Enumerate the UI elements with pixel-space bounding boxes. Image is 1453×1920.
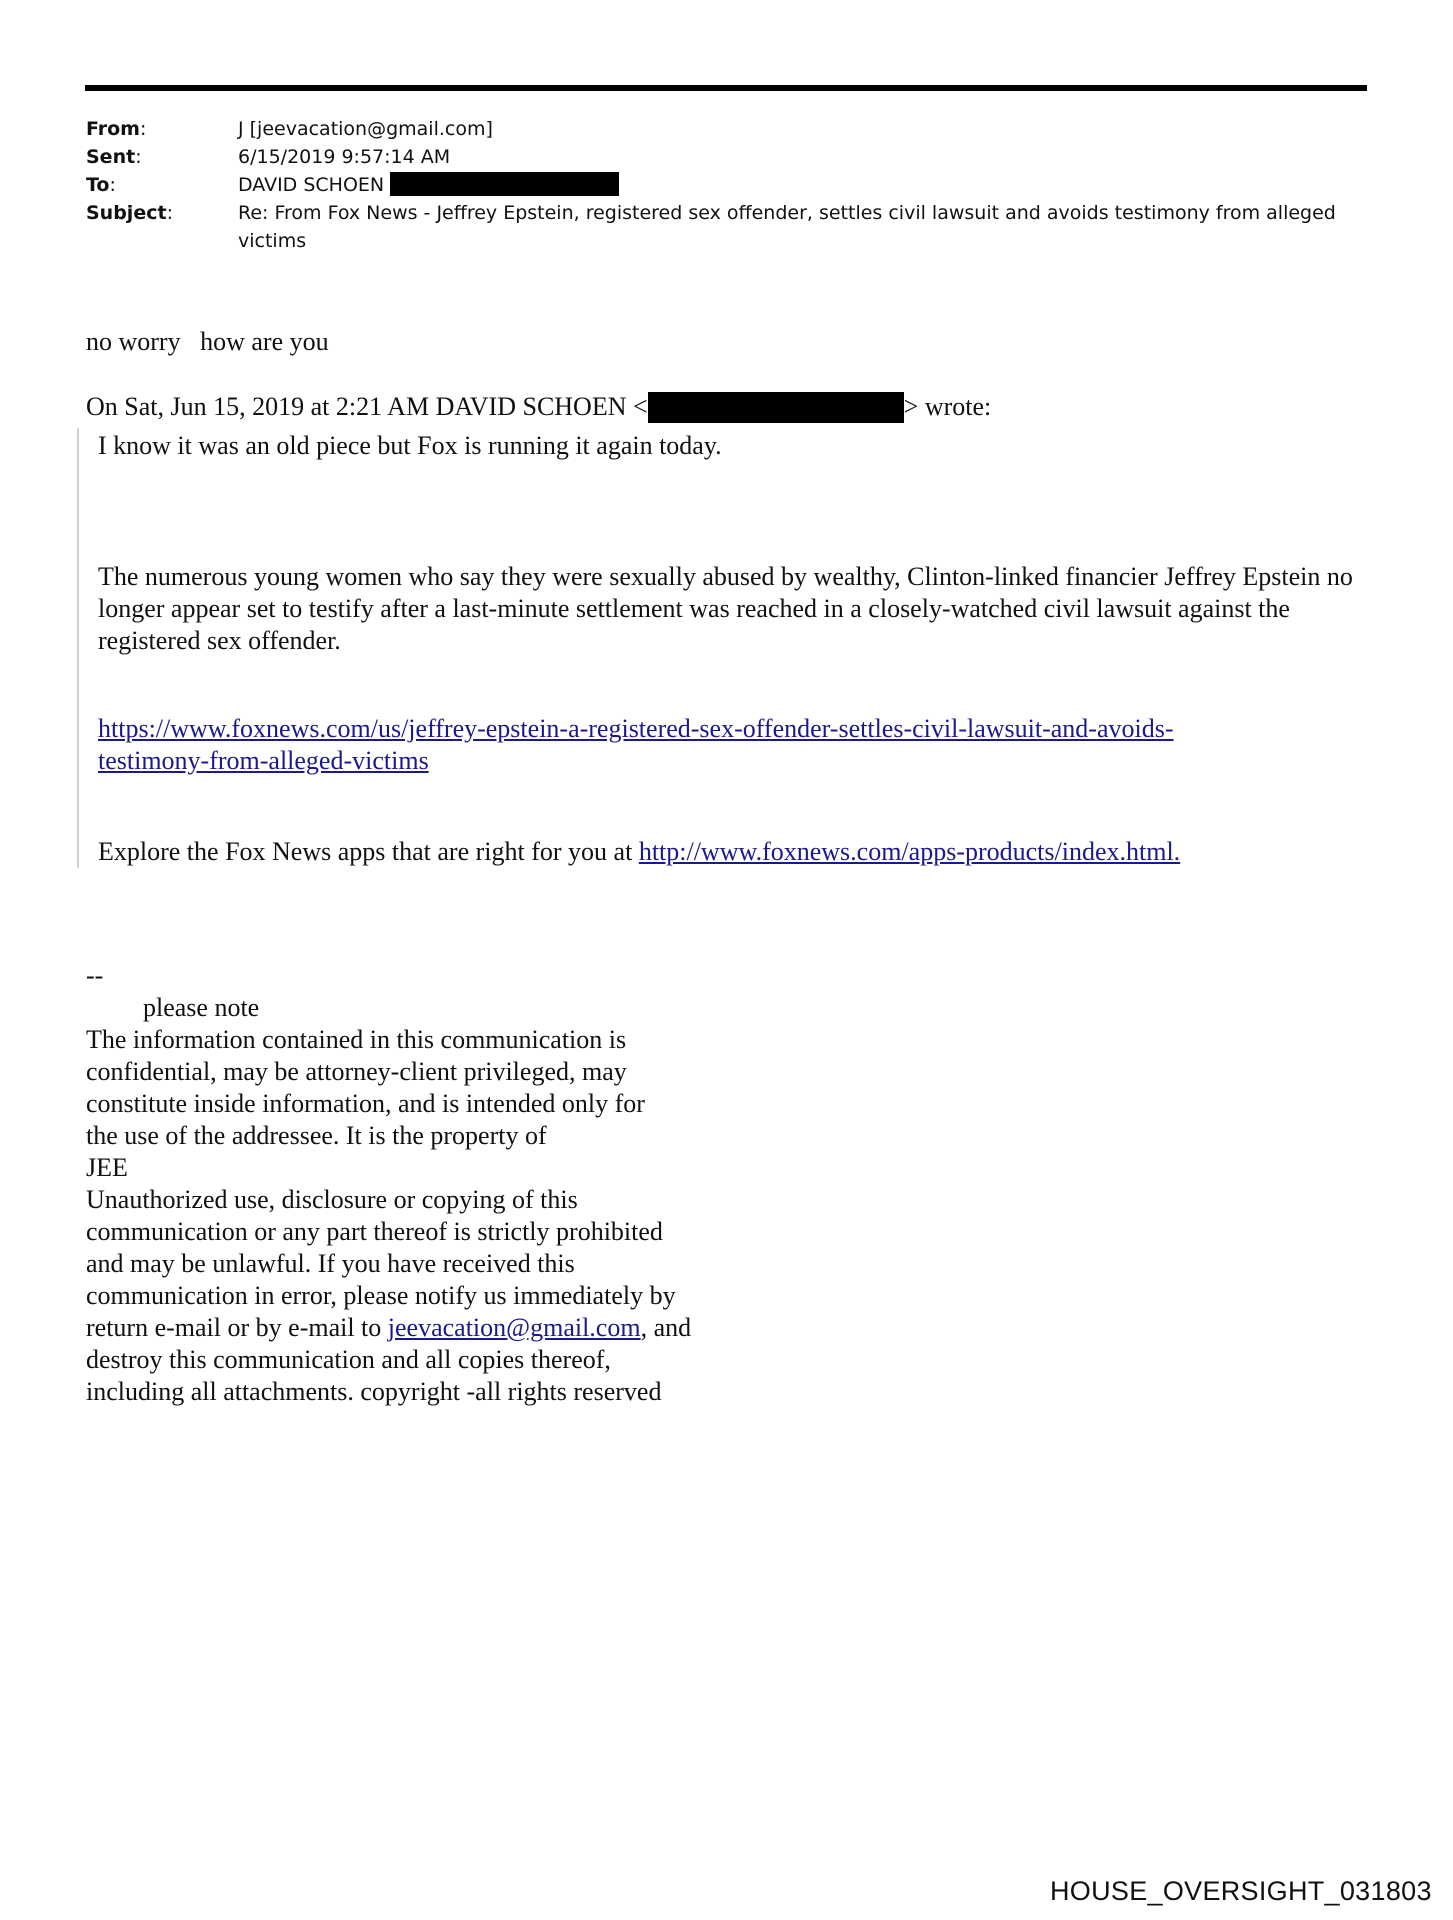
attribution-suffix: > wrote: <box>904 392 992 421</box>
disclaimer-line: JEE <box>86 1152 806 1184</box>
sent-label: Sent <box>86 146 135 168</box>
apps-line: Explore the Fox News apps that are right… <box>98 836 1368 868</box>
subject-label: Subject <box>86 202 167 224</box>
disclaimer-line: The information contained in this commun… <box>86 1024 806 1056</box>
header-sent-row: Sent: 6/15/2019 9:57:14 AM <box>86 143 1358 171</box>
disclaimer-line: Unauthorized use, disclosure or copying … <box>86 1184 806 1216</box>
header-subject-row: Subject: Re: From Fox News - Jeffrey Eps… <box>86 199 1358 255</box>
to-label: To <box>86 174 110 196</box>
disclaimer-line: the use of the addressee. It is the prop… <box>86 1120 806 1152</box>
from-value: J [jeevacation@gmail.com] <box>238 115 1358 143</box>
apps-link[interactable]: http://www.foxnews.com/apps-products/ind… <box>639 837 1180 866</box>
disclaimer-line: including all attachments. copyright -al… <box>86 1376 806 1408</box>
attribution-prefix: On Sat, Jun 15, 2019 at 2:21 AM DAVID SC… <box>86 392 648 421</box>
header-rule <box>85 85 1367 91</box>
to-value: DAVID SCHOEN <box>238 174 384 196</box>
subject-value: Re: From Fox News - Jeffrey Epstein, reg… <box>238 199 1358 255</box>
disclaimer-line: destroy this communication and all copie… <box>86 1344 806 1376</box>
article-link[interactable]: https://www.foxnews.com/us/jeffrey-epste… <box>98 713 1368 777</box>
email-link[interactable]: jeevacation@gmail.com <box>388 1313 641 1342</box>
signature-dashes: -- <box>86 960 806 992</box>
quoted-line: I know it was an old piece but Fox is ru… <box>98 430 1368 462</box>
signature-block: -- please note The information contained… <box>86 960 806 1408</box>
quoted-message: I know it was an old piece but Fox is ru… <box>77 428 1379 868</box>
disclaimer-line: and may be unlawful. If you have receive… <box>86 1248 806 1280</box>
disclaimer-line: constitute inside information, and is in… <box>86 1088 806 1120</box>
sent-value: 6/15/2019 9:57:14 AM <box>238 143 1358 171</box>
please-note: please note <box>86 992 806 1024</box>
from-label: From <box>86 118 140 140</box>
email-header: From: J [jeevacation@gmail.com] Sent: 6/… <box>86 115 1358 255</box>
disclaimer-line: communication or any part thereof is str… <box>86 1216 806 1248</box>
redaction-box <box>648 392 904 423</box>
quote-attribution: On Sat, Jun 15, 2019 at 2:21 AM DAVID SC… <box>86 391 991 423</box>
redaction-box <box>390 172 619 196</box>
disclaimer-line: confidential, may be attorney-client pri… <box>86 1056 806 1088</box>
article-summary: The numerous young women who say they we… <box>98 561 1368 657</box>
disclaimer-line: return e-mail or by e-mail to jeevacatio… <box>86 1312 806 1344</box>
header-from-row: From: J [jeevacation@gmail.com] <box>86 115 1358 143</box>
disclaimer-line: communication in error, please notify us… <box>86 1280 806 1312</box>
header-to-row: To: DAVID SCHOEN <box>86 171 1358 199</box>
reply-text: no worry how are you <box>86 326 329 358</box>
bates-number: HOUSE_OVERSIGHT_031803 <box>1050 1876 1432 1907</box>
